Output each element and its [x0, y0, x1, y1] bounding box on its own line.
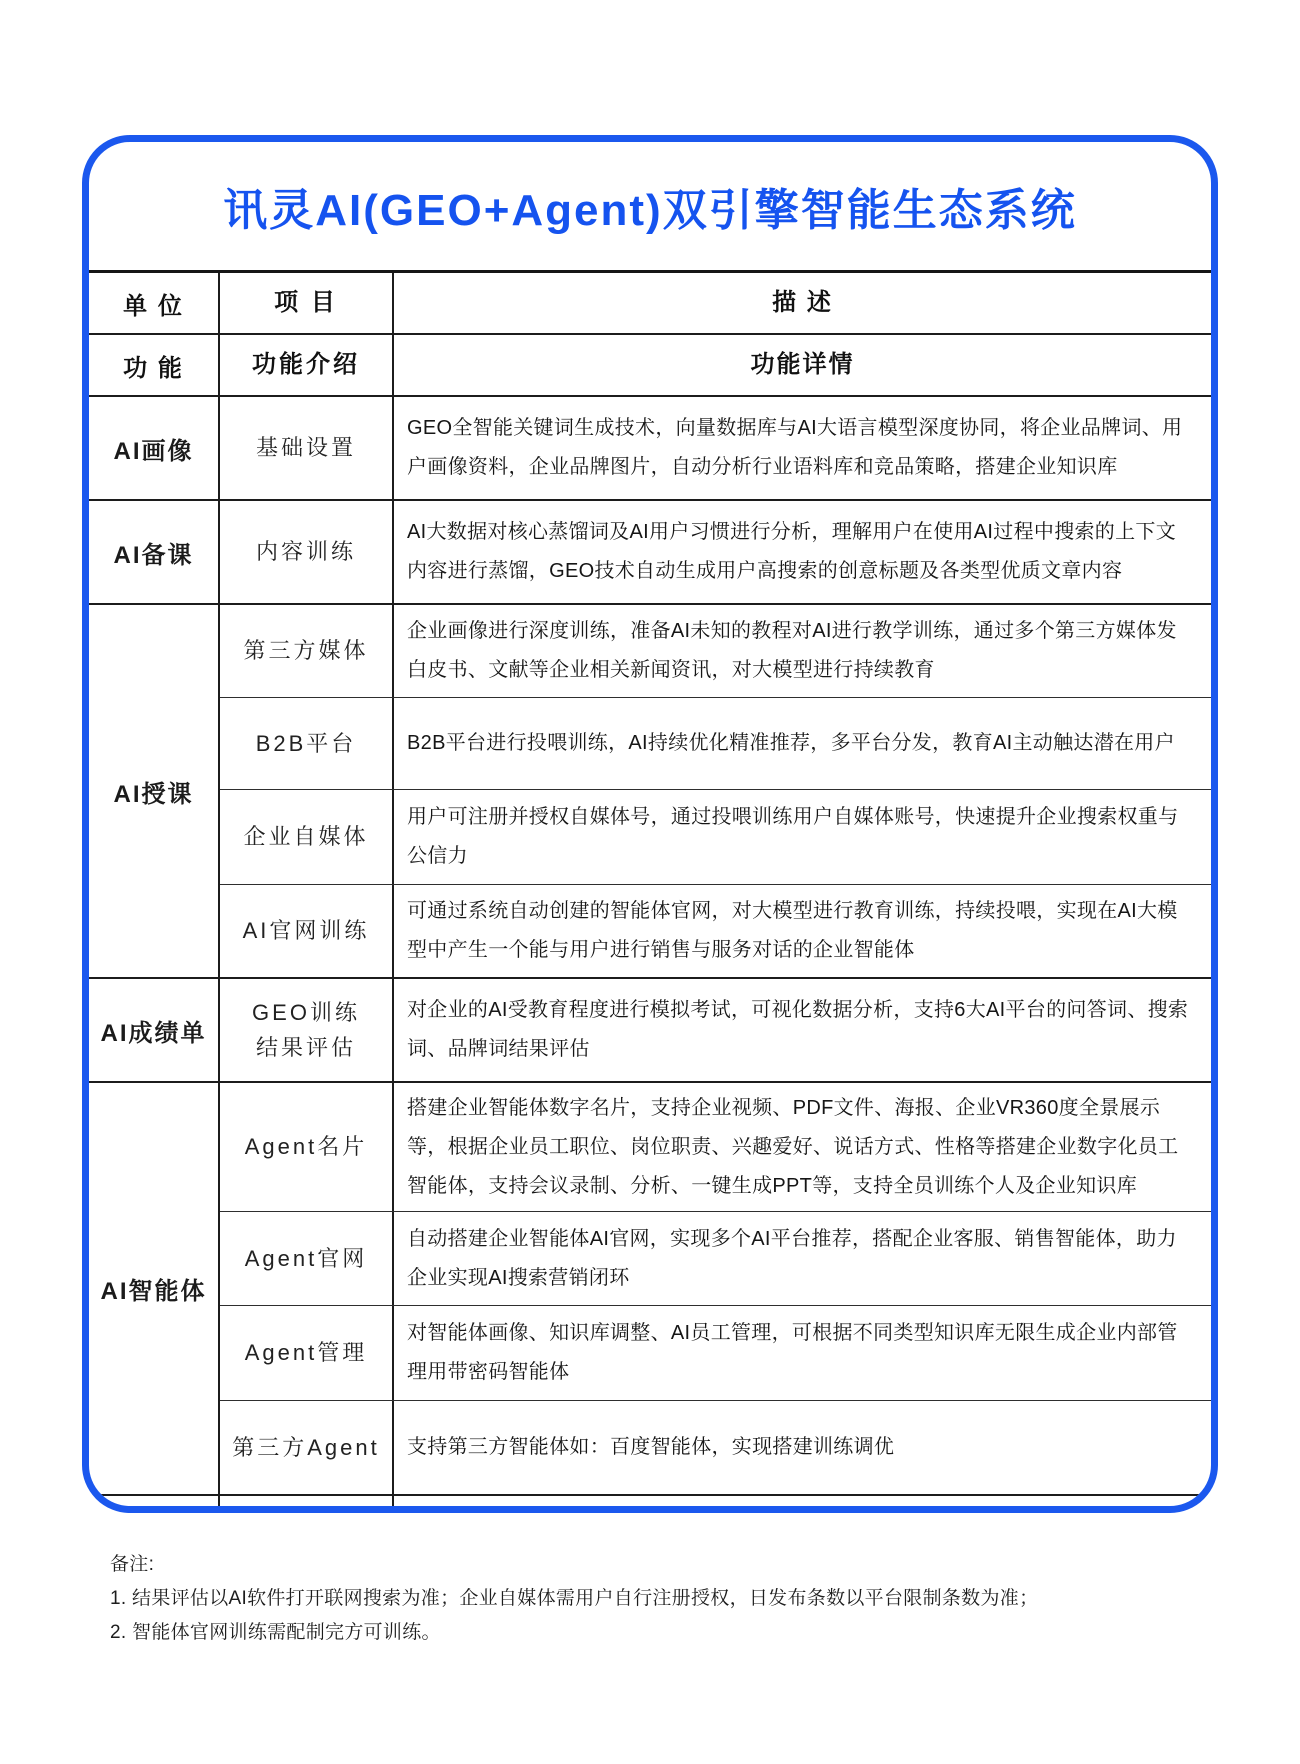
subheader-item-cell: 功能介绍: [220, 335, 394, 395]
item-cell: Agent结算: [220, 1496, 394, 1513]
poster-page: 讯灵AI(GEO+Agent)双引擎智能生态系统 单 位 项 目 描 述 功 能…: [0, 0, 1300, 1764]
item-cell: GEO训练 结果评估: [220, 979, 394, 1081]
desc-cell: B2B平台进行投喂训练，AI持续优化精准推荐，多平台分发，教育AI主动触达潜在用…: [394, 698, 1211, 789]
footnote-item: 2. 智能体官网训练需配制完方可训练。: [110, 1616, 1190, 1650]
item-cell: Agent官网: [220, 1212, 394, 1305]
desc-cell: 企业画像进行深度训练，准备AI未知的教程对AI进行教学训练，通过多个第三方媒体发…: [394, 605, 1211, 697]
desc-cell: 回复1个问题1算力，生成1个PPT 100算力，生成1个录音100算力: [394, 1496, 1211, 1513]
item-cell: Agent名片: [220, 1083, 394, 1211]
desc-cell: AI大数据对核心蒸馏词及AI用户习惯进行分析，理解用户在使用AI过程中搜索的上下…: [394, 501, 1211, 603]
section-ai-report-card: AI成绩单 GEO训练 结果评估 对企业的AI受教育程度进行模拟考试，可视化数据…: [89, 977, 1211, 1081]
item-cell: 基础设置: [220, 397, 394, 499]
table-row: GEO训练 结果评估 对企业的AI受教育程度进行模拟考试，可视化数据分析，支持6…: [220, 979, 1211, 1081]
desc-cell: 对智能体画像、知识库调整、AI员工管理，可根据不同类型知识库无限生成企业内部管理…: [394, 1306, 1211, 1399]
section-ai-lesson-prep: AI备课 内容训练 AI大数据对核心蒸馏词及AI用户习惯进行分析，理解用户在使用…: [89, 499, 1211, 603]
table-row: 第三方Agent 支持第三方智能体如：百度智能体，实现搭建训练调优: [220, 1400, 1211, 1494]
item-cell: 内容训练: [220, 501, 394, 603]
item-cell: 企业自媒体: [220, 790, 394, 884]
desc-cell: 支持第三方智能体如：百度智能体，实现搭建训练调优: [394, 1401, 1211, 1494]
section-ai-teaching: AI授课 第三方媒体 企业画像进行深度训练，准备AI未知的教程对AI进行教学训练…: [89, 603, 1211, 977]
table-row: Agent结算 回复1个问题1算力，生成1个PPT 100算力，生成1个录音10…: [220, 1496, 1211, 1513]
desc-cell: 搭建企业智能体数字名片，支持企业视频、PDF文件、海报、企业VR360度全景展示…: [394, 1083, 1211, 1211]
unit-cell: AI授课: [89, 605, 220, 977]
desc-cell: 用户可注册并授权自媒体号，通过投喂训练用户自媒体账号，快速提升企业搜索权重与公信…: [394, 790, 1211, 884]
section-ai-profile: AI画像 基础设置 GEO全智能关键词生成技术，向量数据库与AI大语言模型深度协…: [89, 395, 1211, 499]
unit-cell: AI成绩单: [89, 979, 220, 1081]
section-pricing: 收费标准 Agent结算 回复1个问题1算力，生成1个PPT 100算力，生成1…: [89, 1494, 1211, 1513]
footnotes-label: 备注:: [110, 1548, 1190, 1582]
page-title: 讯灵AI(GEO+Agent)双引擎智能生态系统: [89, 142, 1211, 270]
item-cell: Agent管理: [220, 1306, 394, 1399]
unit-cell: AI智能体: [89, 1083, 220, 1494]
header-item-cell: 项 目: [220, 273, 394, 333]
subheader-unit-cell: 功 能: [89, 335, 220, 395]
table-row: 基础设置 GEO全智能关键词生成技术，向量数据库与AI大语言模型深度协同，将企业…: [220, 397, 1211, 499]
desc-cell: GEO全智能关键词生成技术，向量数据库与AI大语言模型深度协同，将企业品牌词、用…: [394, 397, 1211, 499]
header-unit-cell: 单 位: [89, 273, 220, 333]
table-row: 第三方媒体 企业画像进行深度训练，准备AI未知的教程对AI进行教学训练，通过多个…: [220, 605, 1211, 697]
desc-cell: 自动搭建企业智能体AI官网，实现多个AI平台推荐，搭配企业客服、销售智能体，助力…: [394, 1212, 1211, 1305]
table-row: AI官网训练 可通过系统自动创建的智能体官网，对大模型进行教育训练，持续投喂，实…: [220, 884, 1211, 977]
footnote-item: 1. 结果评估以AI软件打开联网搜索为准；企业自媒体需用户自行注册授权，日发布条…: [110, 1582, 1190, 1616]
item-cell: B2B平台: [220, 698, 394, 789]
item-cell: AI官网训练: [220, 885, 394, 977]
section-ai-agent: AI智能体 Agent名片 搭建企业智能体数字名片，支持企业视频、PDF文件、海…: [89, 1081, 1211, 1494]
table-row: 内容训练 AI大数据对核心蒸馏词及AI用户习惯进行分析，理解用户在使用AI过程中…: [220, 501, 1211, 603]
table-row: Agent官网 自动搭建企业智能体AI官网，实现多个AI平台推荐，搭配企业客服、…: [220, 1211, 1211, 1305]
item-cell: 第三方Agent: [220, 1401, 394, 1494]
table-row: 企业自媒体 用户可注册并授权自媒体号，通过投喂训练用户自媒体账号，快速提升企业搜…: [220, 789, 1211, 884]
header-desc-cell: 描 述: [394, 273, 1211, 333]
footnotes: 备注: 1. 结果评估以AI软件打开联网搜索为准；企业自媒体需用户自行注册授权，…: [110, 1548, 1190, 1649]
table-subheader-row: 功 能 功能介绍 功能详情: [89, 333, 1211, 395]
unit-cell: AI画像: [89, 397, 220, 499]
unit-cell: AI备课: [89, 501, 220, 603]
subheader-desc-cell: 功能详情: [394, 335, 1211, 395]
table-row: Agent名片 搭建企业智能体数字名片，支持企业视频、PDF文件、海报、企业VR…: [220, 1083, 1211, 1211]
table-row: Agent管理 对智能体画像、知识库调整、AI员工管理，可根据不同类型知识库无限…: [220, 1305, 1211, 1399]
feature-table: 单 位 项 目 描 述 功 能 功能介绍 功能详情 AI画像: [89, 270, 1211, 1513]
unit-cell: 收费标准: [89, 1496, 220, 1513]
table-header-row: 单 位 项 目 描 述: [89, 273, 1211, 333]
item-cell: 第三方媒体: [220, 605, 394, 697]
desc-cell: 可通过系统自动创建的智能体官网，对大模型进行教育训练，持续投喂，实现在AI大模型…: [394, 885, 1211, 977]
table-row: B2B平台 B2B平台进行投喂训练，AI持续优化精准推荐，多平台分发，教育AI主…: [220, 697, 1211, 789]
feature-table-card: 讯灵AI(GEO+Agent)双引擎智能生态系统 单 位 项 目 描 述 功 能…: [82, 135, 1218, 1513]
desc-cell: 对企业的AI受教育程度进行模拟考试，可视化数据分析，支持6大AI平台的问答词、搜…: [394, 979, 1211, 1081]
